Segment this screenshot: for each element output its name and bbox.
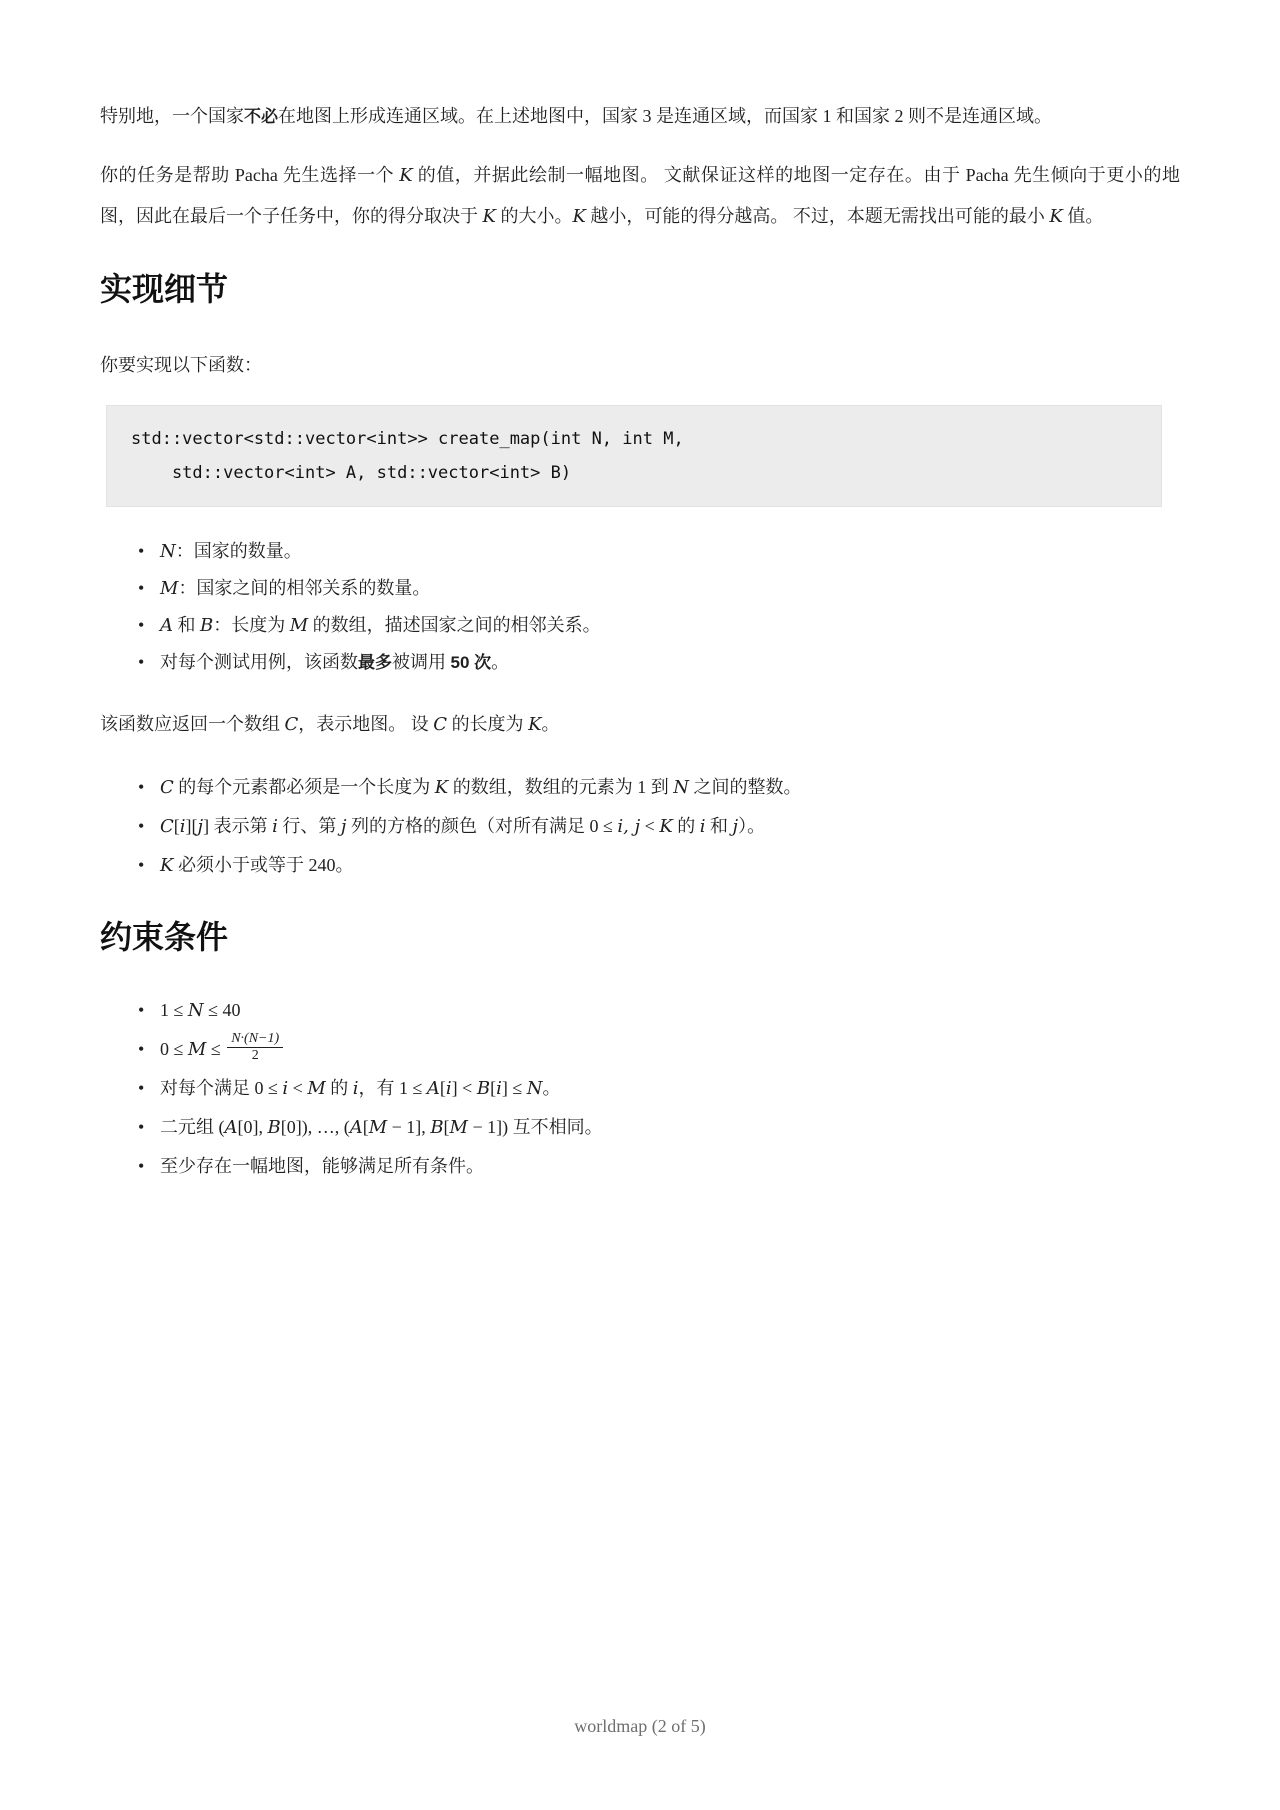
list-item-constraint-m-range: 0 ≤ M ≤ N·(N−1)2 xyxy=(100,1030,1180,1069)
text-run: 该函数应返回一个数组 xyxy=(100,714,285,734)
text-run: K xyxy=(399,165,412,186)
text-run: N xyxy=(188,1000,204,1021)
paragraph-connectivity-note: 特别地，一个国家不必在地图上形成连通区域。在上述地图中，国家 3 是连通区域，而… xyxy=(100,96,1180,137)
list-item-return-elements: C 的每个元素都必须是一个长度为 K 的数组，数组的元素为 1 到 N 之间的整… xyxy=(100,768,1180,807)
text-run: 对每个满足 0 ≤ xyxy=(160,1078,282,1098)
return-requirements-list: C 的每个元素都必须是一个长度为 K 的数组，数组的元素为 1 到 N 之间的整… xyxy=(100,768,1180,885)
list-item-param-m: M：国家之间的相邻关系的数量。 xyxy=(100,570,1180,607)
text-run: B xyxy=(200,615,213,636)
text-run: ] < xyxy=(452,1078,477,1098)
text-run: B xyxy=(268,1117,281,1138)
text-run: 的 xyxy=(326,1078,353,1098)
text-run: 对每个测试用例，该函数 xyxy=(160,652,358,672)
text-run: M xyxy=(369,1117,387,1138)
text-run: K xyxy=(659,816,672,837)
text-run: 至少存在一幅地图，能够满足所有条件。 xyxy=(160,1156,484,1176)
text-run: 的长度为 xyxy=(447,714,528,734)
text-run: N xyxy=(160,541,176,562)
text-run: 必须小于或等于 240。 xyxy=(173,855,353,875)
math-fraction: N·(N−1)2 xyxy=(227,1031,283,1064)
text-run: 的数组，数组的元素为 1 到 xyxy=(448,777,673,797)
list-item-return-cell-color: C[i][j] 表示第 i 行、第 j 列的方格的颜色（对所有满足 0 ≤ i,… xyxy=(100,807,1180,846)
text-run: ] 表示第 xyxy=(203,816,272,836)
text-run: 行、第 xyxy=(278,816,341,836)
list-item-constraint-ab-range: 对每个满足 0 ≤ i < M 的 i，有 1 ≤ A[i] < B[i] ≤ … xyxy=(100,1069,1180,1108)
text-run: 你的任务是帮助 Pacha 先生选择一个 xyxy=(100,165,399,185)
text-run: 的数组，描述国家之间的相邻关系。 xyxy=(308,615,601,635)
text-run: N xyxy=(673,777,689,798)
page-footer: worldmap (2 of 5) xyxy=(0,1716,1280,1737)
text-run: 之间的整数。 xyxy=(689,777,802,797)
list-item-param-n: N：国家的数量。 xyxy=(100,533,1180,570)
document-content: 特别地，一个国家不必在地图上形成连通区域。在上述地图中，国家 3 是连通区域，而… xyxy=(0,0,1280,1185)
text-run: − 1], xyxy=(387,1117,430,1137)
text-run: 不必 xyxy=(244,107,278,126)
text-run: i, j xyxy=(617,816,640,837)
paragraph-task-description: 你的任务是帮助 Pacha 先生选择一个 K 的值，并据此绘制一幅地图。 文献保… xyxy=(100,155,1180,237)
text-run: K xyxy=(1049,206,1062,227)
list-item-return-k-limit: K 必须小于或等于 240。 xyxy=(100,846,1180,885)
text-run: K xyxy=(483,206,496,227)
list-item-constraint-map-exists: 至少存在一幅地图，能够满足所有条件。 xyxy=(100,1147,1180,1185)
text-run: M xyxy=(160,578,178,599)
text-run: K xyxy=(160,855,173,876)
text-run: 越小，可能的得分越高。 不过，本题无需找出可能的最小 xyxy=(586,206,1050,226)
text-run: A xyxy=(225,1117,238,1138)
text-run: 值。 xyxy=(1063,206,1104,226)
text-run: 的大小。 xyxy=(496,206,573,226)
text-run: 的 xyxy=(673,816,700,836)
list-item-constraint-n-range: 1 ≤ N ≤ 40 xyxy=(100,991,1180,1030)
text-run: 。 xyxy=(542,714,560,734)
text-run: 。 xyxy=(542,1078,560,1098)
text-run: ][ xyxy=(186,816,198,836)
text-run: ）。 xyxy=(738,816,765,836)
list-item-param-a-b: A 和 B：长度为 M 的数组，描述国家之间的相邻关系。 xyxy=(100,607,1180,644)
text-run: [0], xyxy=(238,1117,268,1137)
code-line-2: std::vector<int> A, std::vector<int> B) xyxy=(131,456,1151,490)
text-run: 0 ≤ xyxy=(160,1039,188,1059)
text-run: M xyxy=(450,1117,468,1138)
text-run: K xyxy=(435,777,448,798)
text-run: C xyxy=(160,777,174,798)
text-run: ≤ 40 xyxy=(204,1000,241,1020)
document-page: 特别地，一个国家不必在地图上形成连通区域。在上述地图中，国家 3 是连通区域，而… xyxy=(0,0,1280,1810)
text-run: ，有 1 ≤ xyxy=(359,1078,427,1098)
section-heading-implementation-details: 实现细节 xyxy=(100,267,1180,311)
text-run: ，表示地图。 设 xyxy=(298,714,433,734)
text-run: K xyxy=(572,206,585,227)
list-item-call-limit: 对每个测试用例，该函数最多被调用 50 次。 xyxy=(100,644,1180,681)
text-run: C xyxy=(160,816,174,837)
text-run: B xyxy=(477,1078,490,1099)
text-run: < xyxy=(288,1078,307,1098)
text-run: 50 次 xyxy=(451,653,492,672)
text-run: 在地图上形成连通区域。在上述地图中，国家 3 是连通区域，而国家 1 和国家 2… xyxy=(278,106,1052,126)
text-run: 列的方格的颜色（对所有满足 0 ≤ xyxy=(347,816,618,836)
text-run: K xyxy=(528,714,541,735)
text-run: A xyxy=(350,1117,363,1138)
text-run: 最多 xyxy=(358,653,392,672)
text-run: N xyxy=(527,1078,543,1099)
text-run: ≤ xyxy=(206,1039,225,1059)
text-run: C xyxy=(433,714,447,735)
text-run: 你要实现以下函数： xyxy=(100,355,262,375)
code-block-function-signature: std::vector<std::vector<int>> create_map… xyxy=(106,405,1162,507)
text-run: A xyxy=(160,615,173,636)
code-line-1: std::vector<std::vector<int>> create_map… xyxy=(131,422,1151,456)
text-run: B xyxy=(430,1117,443,1138)
text-run: 和 xyxy=(706,816,733,836)
text-run: 被调用 xyxy=(392,652,451,672)
list-item-constraint-pairs-distinct: 二元组 (A[0], B[0]), …, (A[M − 1], B[M − 1]… xyxy=(100,1108,1180,1147)
parameter-list: N：国家的数量。 M：国家之间的相邻关系的数量。 A 和 B：长度为 M 的数组… xyxy=(100,533,1180,681)
text-run: ：国家的数量。 xyxy=(176,541,302,561)
text-run: M xyxy=(307,1078,325,1099)
text-run: 的每个元素都必须是一个长度为 xyxy=(174,777,435,797)
paragraph-return-description: 该函数应返回一个数组 C，表示地图。 设 C 的长度为 K。 xyxy=(100,704,1180,745)
text-run: A xyxy=(427,1078,440,1099)
text-run: < xyxy=(640,816,659,836)
paragraph-implement-function-intro: 你要实现以下函数： xyxy=(100,345,1180,386)
text-run: M xyxy=(188,1039,206,1060)
text-run: ：国家之间的相邻关系的数量。 xyxy=(178,578,430,598)
text-run: − 1]) 互不相同。 xyxy=(468,1117,603,1137)
text-run: 和 xyxy=(173,615,200,635)
constraints-list: 1 ≤ N ≤ 40 0 ≤ M ≤ N·(N−1)2 对每个满足 0 ≤ i … xyxy=(100,991,1180,1185)
text-run: M xyxy=(290,615,308,636)
text-run: ：长度为 xyxy=(213,615,290,635)
section-heading-constraints: 约束条件 xyxy=(100,915,1180,959)
text-run: 。 xyxy=(491,652,509,672)
text-run: 特别地，一个国家 xyxy=(100,106,244,126)
text-run: 1 ≤ xyxy=(160,1000,188,1020)
text-run: 二元组 ( xyxy=(160,1117,225,1137)
text-run: [0]), …, ( xyxy=(281,1117,350,1137)
text-run: ] ≤ xyxy=(502,1078,527,1098)
text-run: C xyxy=(285,714,299,735)
